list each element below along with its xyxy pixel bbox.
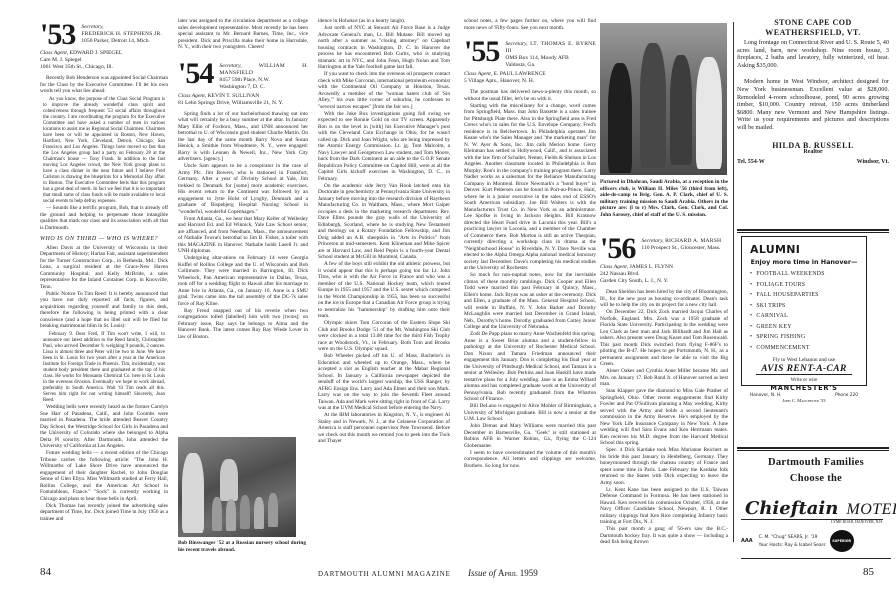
class-56-header: '56 Secretary, RICHARD A. MARSH 110 Pros… xyxy=(600,236,728,262)
secretary-label: Secretary, xyxy=(81,24,103,30)
realtor-phone: Tel. 554-W xyxy=(737,159,765,167)
motel-owner: C. M. "Chug" SEARS, Jr. '19 xyxy=(759,535,826,540)
agency-town: Hanover, N. H. xyxy=(750,393,781,398)
list-item: COMMENCEMENT xyxy=(750,343,858,354)
subheading: WHO IS ON THIRD — WHO IS WHERE? xyxy=(40,236,168,243)
class-agent: Class Agent, KEVIN T. SULLIVAN 81 Lehn S… xyxy=(178,93,308,107)
ad-divider xyxy=(741,558,891,559)
paragraph: On the academic side Jerry Van Hook latc… xyxy=(318,183,450,261)
page-number-right: 85 xyxy=(863,566,874,578)
paragraph: Allen Davis at the University of Wiscons… xyxy=(40,245,168,291)
nursery-school-photo xyxy=(178,437,296,537)
paragraph: John Demas and Mary Williams were marrie… xyxy=(464,423,596,449)
class-55-header: '55 Secretary, LT. THOMAS E. BYRNE III O… xyxy=(464,39,596,69)
paragraph: Public Notice To Tim Reed: It is hereby … xyxy=(40,291,168,330)
motel-logo: Chieftain MOTEL xyxy=(741,493,891,519)
paragraph: A few of the boys still exhibit the old … xyxy=(318,261,450,320)
class-year: '53 xyxy=(40,22,75,48)
paragraph: Uncle Sam appears to be a conspirator in… xyxy=(178,163,308,215)
list-item: FOOTBALL WEEKENDS xyxy=(750,269,858,280)
ad-divider xyxy=(737,229,889,233)
list-item: SKI TRIPS xyxy=(750,301,858,312)
agency-phone: Phone 220 xyxy=(835,393,858,398)
aaa-label: AAA xyxy=(741,538,753,544)
ad-divider xyxy=(737,447,889,451)
paragraph: Stan Klapper gave the diamond to Miss Ga… xyxy=(600,388,728,447)
quote: As you know, the purpose of the Class So… xyxy=(43,97,165,205)
secretary-name: FREDERICK H. STEPHENS JR. xyxy=(81,31,162,37)
motel-location: LYME ROAD, HANOVER, N.H. xyxy=(741,519,883,524)
paragraph: Spec. 4 Dick Kardake took Miss Marianne … xyxy=(600,447,728,486)
paragraph: With the Juke Box investigations going f… xyxy=(318,111,450,183)
paragraph: Just north of NYC at Stewart Air Force B… xyxy=(318,25,450,71)
ad-headline: ALUMNI xyxy=(750,243,858,256)
secretary-address: 1050 Parker, Detroit 14, Mich. xyxy=(81,38,150,44)
ad-tagline: Enjoy more time in Hanover— xyxy=(750,258,858,266)
ad-title: STONE CAPE CODWEATHERSFIELD, VT. xyxy=(737,18,889,37)
ad-fly-text: Fly to West Lebanon and use xyxy=(750,357,858,363)
paragraph: On December 22, Dick Zock married Jacqui… xyxy=(600,309,728,368)
realtor-name: HILDA B. RUSSELL xyxy=(737,142,889,150)
paragraph: Olympic skiers Tom Corcoran of the Easte… xyxy=(318,320,450,353)
ad-paragraph: Long frontage on Connecticut River and U… xyxy=(737,39,889,69)
list-item: CARNIVAL xyxy=(750,311,858,322)
paragraph: school notes, a few pages further on, wh… xyxy=(464,18,596,31)
dhahran-reception-photo xyxy=(600,23,727,175)
paragraph: Future wedding bells — a recent edition … xyxy=(40,450,168,502)
paragraph: Starting with the miscellaney for a chan… xyxy=(464,103,596,272)
list-item: SPRING FISHING xyxy=(750,332,858,343)
column-1: '53 Secretary, FREDERICK H. STEPHENS JR.… xyxy=(40,18,168,550)
paragraph: Recently Bob Henderson was appointed Soc… xyxy=(40,75,168,95)
avis-logo: AVIS RENT-A-CAR xyxy=(756,364,852,375)
ad-paragraph: Modern home in West Windsor, architect d… xyxy=(737,78,889,131)
list-item: FALL HOUSEPARTIES xyxy=(750,290,858,301)
list-item: GREEN KEY xyxy=(750,322,858,333)
paragraph: So much for non-nuptial notes, now for t… xyxy=(464,272,596,331)
paragraph: idence in Hohokus (as in a hearty laugh)… xyxy=(318,18,450,25)
paragraph: The postman has delivered news-a-plenty … xyxy=(464,89,596,102)
paragraph: If you want to check into the overseas o… xyxy=(318,71,450,110)
activity-list: FOOTBALL WEEKENDS FOLIAGE TOURS FALL HOU… xyxy=(750,269,858,353)
column-5: '56 Secretary, RICHARD A. MARSH 110 Pros… xyxy=(600,236,728,550)
paragraph: Ray Freud snapped out of his reverie whe… xyxy=(178,308,308,341)
class-agent: Class Agent, E. PAUL LAWRENCE 5 Village … xyxy=(464,71,596,85)
class-54-header: '54 Secretary, WILLIAM H. MANSFIELD 8457… xyxy=(178,61,308,91)
superior-clover-icon: SUPERIOR xyxy=(830,530,854,552)
photo-caption: Bob Binswanger '52 at a Russian nursery … xyxy=(178,540,306,553)
paragraph: Dick Thomas has recently joined the adve… xyxy=(40,503,168,523)
class-53-header: '53 Secretary, FREDERICK H. STEPHENS JR.… xyxy=(40,22,168,48)
column-4: school notes, a few pages further on, wh… xyxy=(464,18,596,550)
class-agent: Class Agent, EDWARD J. SPIEGEL Care M. J… xyxy=(40,50,168,71)
paragraph: Zodt De Papp plans to marry Anne Wachenf… xyxy=(464,331,596,403)
motel-hosts: Your Hosts: Ray & Isabel Sears xyxy=(759,543,826,548)
paragraph: Bill DeLano is engaged to Alice Mohler o… xyxy=(464,403,596,423)
motel-word: MOTEL xyxy=(846,501,896,519)
class-year: '55 xyxy=(464,39,499,65)
class-agent: Class Agent, JAMES L. FLYNN 242 Nassau B… xyxy=(600,264,728,285)
paragraph: Bob Wheeler picked off his U. of Mass. B… xyxy=(318,353,450,412)
column-2: later was assigned to the circulation de… xyxy=(178,18,308,443)
agency-name: MANCHESTER'S xyxy=(750,384,858,392)
ad-write-text: Write or wire xyxy=(750,378,858,383)
agency-owner: John C. Manchester '33 xyxy=(750,398,858,403)
chieftain-script: Chieftain xyxy=(745,498,838,519)
photo-caption: Pictured in Dhahran, Saudi Arabia, at a … xyxy=(600,179,728,218)
class-year: '56 xyxy=(600,236,635,262)
list-item: FOLIAGE TOURS xyxy=(750,280,858,291)
paragraph: This past month a gang of '56-ers saw th… xyxy=(600,526,728,546)
stone-cape-cod-ad: STONE CAPE CODWEATHERSFIELD, VT. Long fr… xyxy=(737,18,889,166)
paragraph: Spring finds a lot of our bachelorhood t… xyxy=(178,111,308,163)
class-year: '54 xyxy=(178,61,213,87)
paragraph: Lt. Kent Kane has been assigned to the U… xyxy=(600,487,728,526)
paragraph: Abner Oakes and Cynthia Anne Miller beca… xyxy=(600,368,728,388)
realtor-town: Windsor, Vt. xyxy=(857,159,889,167)
realtor-role: Realtor xyxy=(737,149,889,157)
column-3: idence in Hohokus (as in a hearty laugh)… xyxy=(318,18,450,550)
page-number-left: 84 xyxy=(40,566,51,578)
paragraph: — Sounds like a terrific program, Bob, t… xyxy=(40,205,168,231)
issue-date: Issue of April 1959 xyxy=(468,568,538,578)
paragraph: From Atlanta, Ga., we hear that Mary Kel… xyxy=(178,216,308,255)
paragraph: Wedding bells were recently heard as the… xyxy=(40,404,168,450)
paragraph: I seem to have overestimated the volume … xyxy=(464,450,596,470)
ad-headline: Dartmouth FamiliesChoose the xyxy=(741,455,891,487)
paragraph: At the IBM laboratories in Kingston, N. … xyxy=(318,412,450,445)
paragraph: Undergoing altar-ations on February 14 w… xyxy=(178,255,308,307)
alumni-avis-ad: ALUMNI Enjoy more time in Hanover— FOOTB… xyxy=(741,236,867,386)
chieftain-motel-ad: Dartmouth FamiliesChoose the Chieftain M… xyxy=(741,455,891,559)
paragraph: later was assigned to the circulation de… xyxy=(178,18,308,51)
quote: February 9. Dear Fred, If Tim won't writ… xyxy=(43,332,165,404)
magazine-title: DARTMOUTH ALUMNI MAGAZINE xyxy=(318,570,451,578)
column-divider xyxy=(733,22,734,542)
paragraph: Dean Sheldon has been hired by the city … xyxy=(600,289,728,309)
